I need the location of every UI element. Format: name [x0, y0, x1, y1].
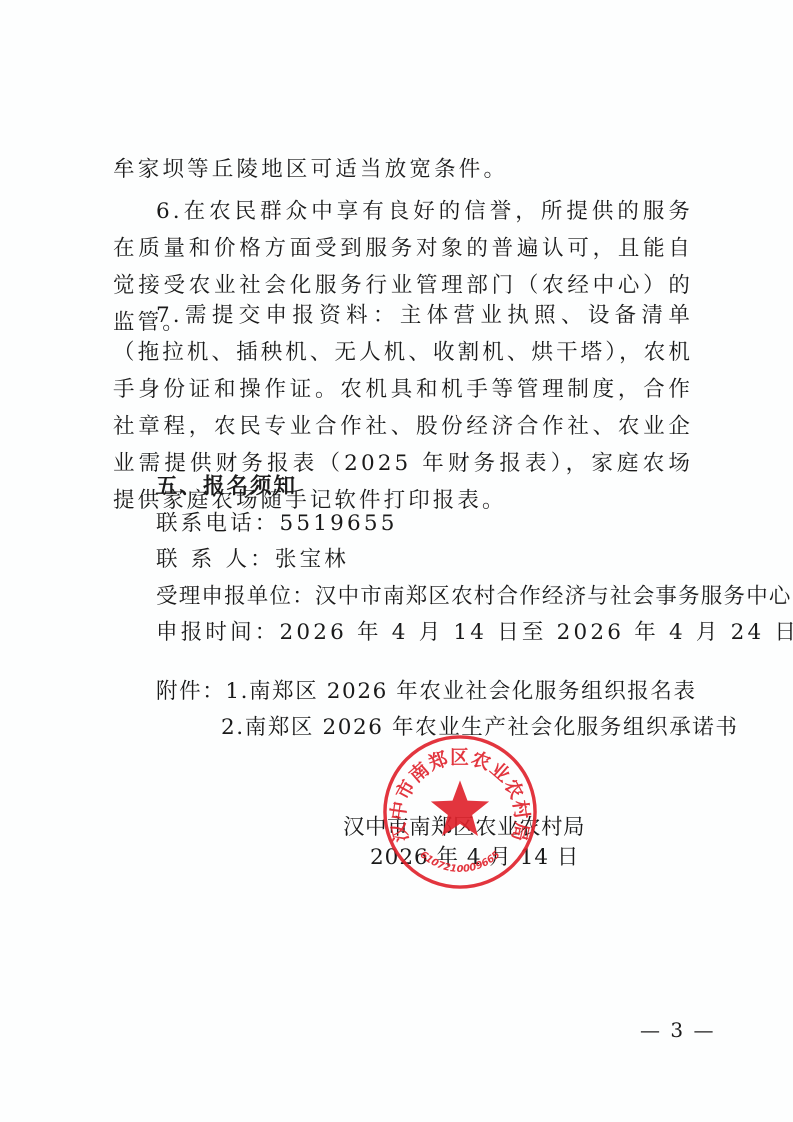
application-period: 申报时间：2026 年 4 月 14 日至 2026 年 4 月 24 日。 — [156, 618, 793, 648]
document-page: 牟家坝等丘陵地区可适当放宽条件。 6.在农民群众中享有良好的信誉，所提供的服务在… — [0, 0, 793, 1122]
contact-person: 联 系 人：张宝林 — [156, 545, 349, 575]
contact-phone: 联系电话：5519655 — [156, 509, 398, 539]
attachment-item-2: 2.南郑区 2026 年农业生产社会化服务组织承诺书 — [221, 713, 739, 743]
receiving-unit: 受理申报单位：汉中市南郑区农村合作经济与社会事务服务中心 — [156, 582, 792, 612]
attachments-block: 附件：1.南郑区 2026 年农业社会化服务组织报名表 — [156, 677, 697, 707]
continuation-line: 牟家坝等丘陵地区可适当放宽条件。 — [113, 155, 508, 185]
issuer-name: 汉中市南郑区农业农村局 — [343, 810, 585, 841]
page-number: — 3 — — [640, 1018, 715, 1042]
attachments-label: 附件： — [156, 679, 225, 704]
section-heading-registration: 五、报名须知 — [156, 472, 297, 502]
issue-date: 2026 年 4 月 14 日 — [370, 840, 579, 871]
attachment-item-1: 1.南郑区 2026 年农业社会化服务组织报名表 — [225, 679, 696, 704]
